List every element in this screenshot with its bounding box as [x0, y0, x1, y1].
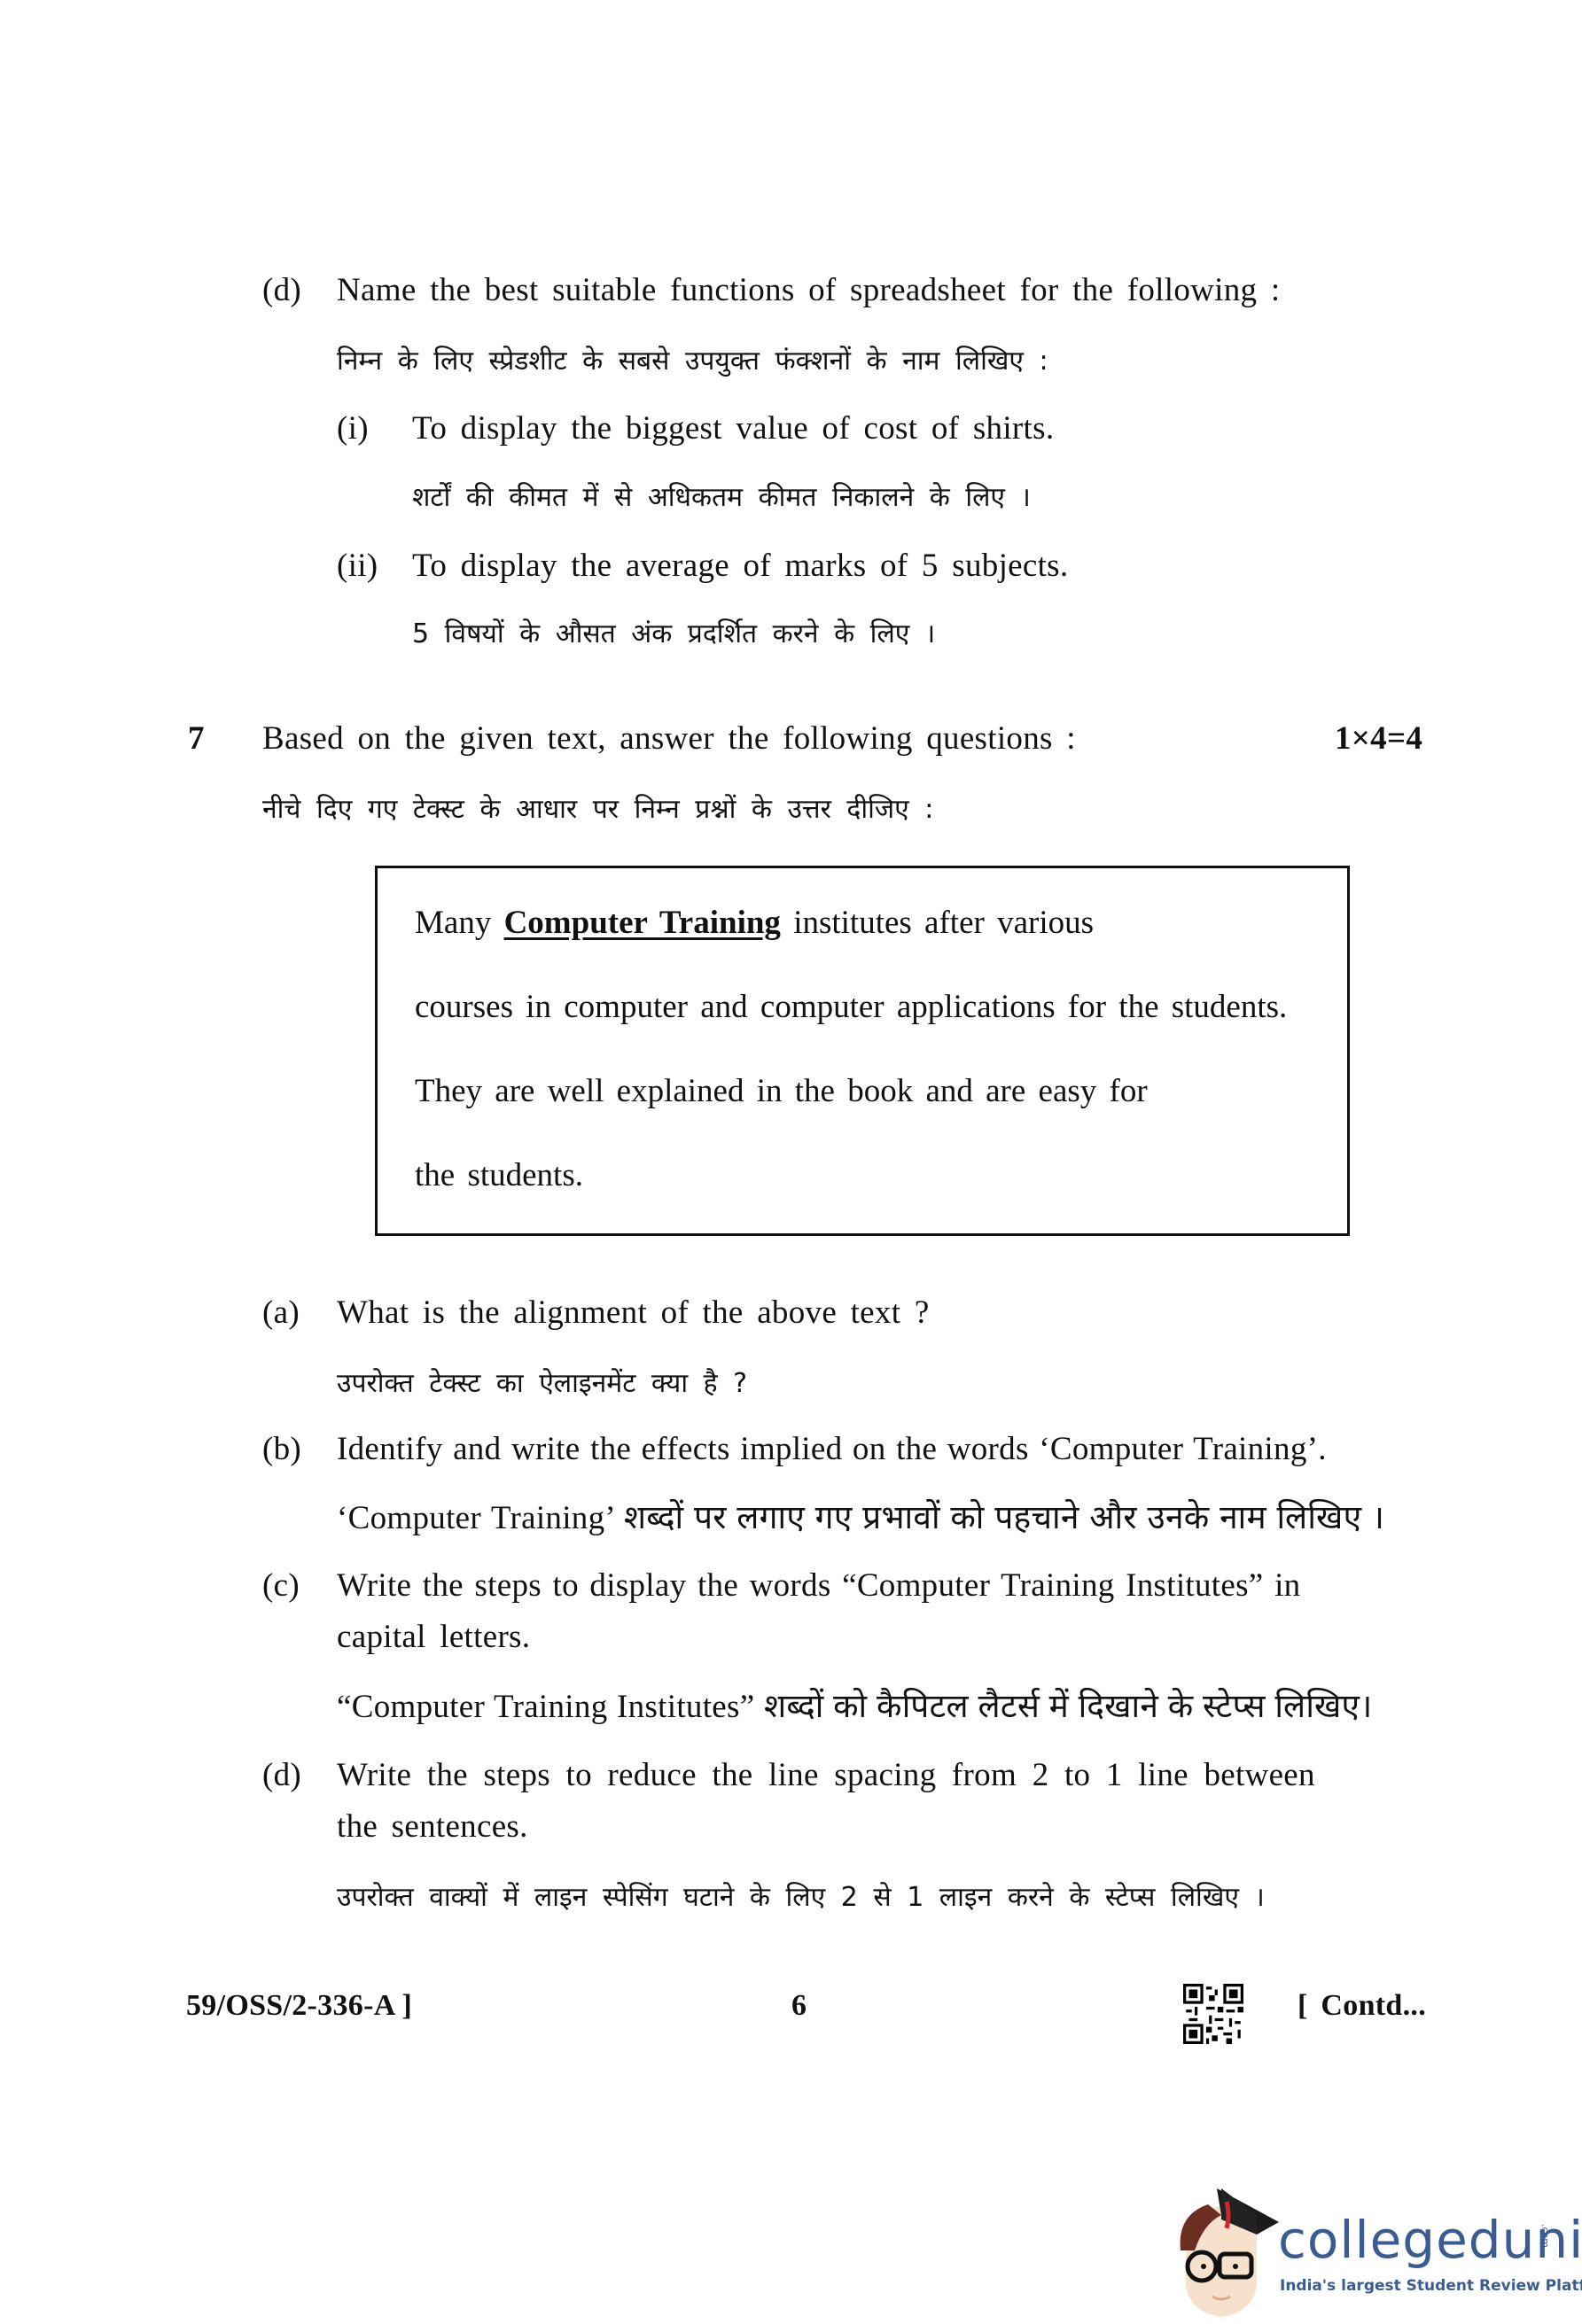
q6d-ii-text-en: To display the average of marks of 5 sub…	[412, 547, 1068, 586]
passage-line-3: They are well explained in the book and …	[415, 1072, 1148, 1111]
passage-line-1: Many Computer Training institutes after …	[415, 904, 1094, 943]
qr-code-icon	[1183, 1984, 1243, 2044]
q7b-text-hi: ‘Computer Training’ शब्दों पर लगाए गए प्…	[337, 1499, 1384, 1538]
q7d-text-en-2: the sentences.	[337, 1807, 528, 1846]
footer-page-number: 6	[791, 1986, 807, 2025]
q7a-text-en: What is the alignment of the above text …	[337, 1294, 930, 1333]
q7-text-hi: नीचे दिए गए टेक्स्ट के आधार पर निम्न प्र…	[262, 790, 933, 829]
q6d-i-label: (i)	[337, 409, 369, 448]
q7a-label: (a)	[262, 1294, 300, 1333]
passage-line-1-post: institutes after various	[793, 905, 1094, 941]
q7-number: 7	[188, 719, 205, 758]
q7a-text-hi: उपरोक्त टेक्स्ट का ऐलाइनमेंट क्या है ?	[337, 1364, 747, 1403]
passage-line-1-pre: Many	[415, 905, 491, 941]
q7d-text-en-1: Write the steps to reduce the line spaci…	[337, 1756, 1315, 1795]
student-mascot-icon	[1168, 2188, 1283, 2321]
brand-name: collegedunia	[1278, 2213, 1582, 2266]
q7c-text-hi: “Computer Training Institutes” शब्दों को…	[337, 1688, 1373, 1727]
q7-marks: 1×4=4	[1335, 719, 1422, 758]
passage-line-2: courses in computer and computer applica…	[415, 988, 1287, 1027]
passage-emphasis-computer-training: Computer Training	[504, 905, 781, 941]
brand-tagline: India's largest Student Review Platform	[1280, 2277, 1582, 2295]
q7d-label: (d)	[262, 1756, 301, 1795]
q7c-text-en-2: capital letters.	[337, 1618, 530, 1657]
q6d-text-en: Name the best suitable functions of spre…	[337, 271, 1280, 310]
passage-line-4: the students.	[415, 1156, 583, 1195]
passage-box: Many Computer Training institutes after …	[375, 866, 1350, 1236]
q7b-text-en: Identify and write the effects implied o…	[337, 1430, 1327, 1469]
q7-text-en: Based on the given text, answer the foll…	[262, 719, 1076, 758]
footer-paper-code: 59/OSS/2-336-A ]	[186, 1986, 412, 2025]
q7c-text-en-1: Write the steps to display the words “Co…	[337, 1566, 1300, 1605]
collegedunia-logo: collegedunia .com India's largest Studen…	[1161, 2188, 1578, 2321]
footer-contd: [ Contd...	[1298, 1986, 1426, 2025]
q6d-text-hi: निम्न के लिए स्प्रेडशीट के सबसे उपयुक्त …	[337, 342, 1048, 381]
q7c-label: (c)	[262, 1566, 300, 1605]
q6d-ii-label: (ii)	[337, 547, 378, 586]
q7b-label: (b)	[262, 1430, 301, 1469]
q6d-i-text-hi: शर्टों की कीमत में से अधिकतम कीमत निकालन…	[412, 478, 1031, 517]
q6d-i-text-en: To display the biggest value of cost of …	[412, 409, 1054, 448]
q6d-label: (d)	[262, 271, 301, 310]
q7d-text-hi: उपरोक्त वाक्यों में लाइन स्पेसिंग घटाने …	[337, 1878, 1265, 1917]
q6d-ii-text-hi: 5 विषयों के औसत अंक प्रदर्शित करने के लि…	[412, 615, 935, 654]
brand-domain: .com	[1539, 2224, 1551, 2248]
